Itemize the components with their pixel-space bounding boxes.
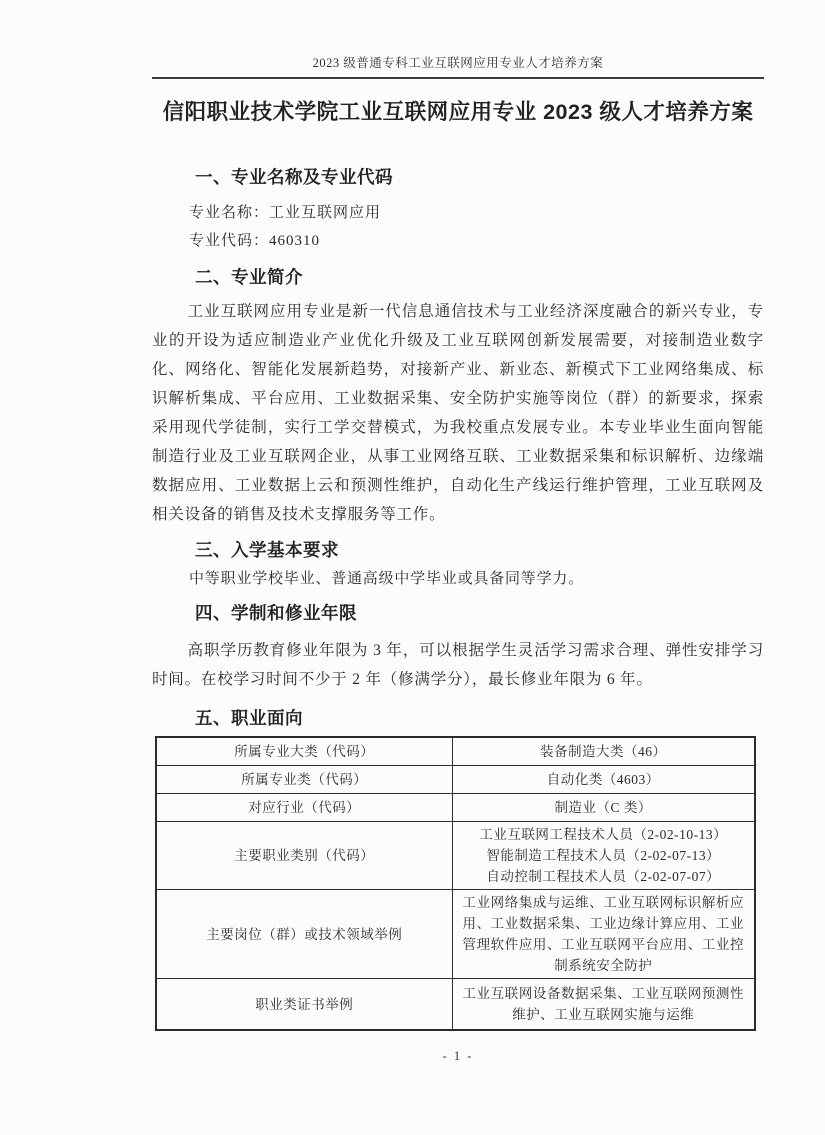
section-heading-career-orientation: 五、职业面向 [195,708,764,729]
table-row: 所属专业大类（代码） 装备制造大类（46） [156,737,755,766]
paragraph-study-duration: 高职学历教育修业年限为 3 年，可以根据学生灵活学习需求合理、弹性安排学习时间。… [152,636,764,694]
row-label-occupation-categories: 主要职业类别（代码） [156,822,452,890]
page-number: - 1 - [152,1049,764,1064]
row-label-certificates: 职业类证书举例 [156,979,452,1031]
row-value-certificates: 工业互联网设备数据采集、工业互联网预测性维护、工业互联网实施与运维 [452,979,755,1031]
row-label-industry: 对应行业（代码） [156,794,452,822]
row-value-major-category: 装备制造大类（46） [452,737,755,766]
table-row: 主要岗位（群）或技术领域举例 工业网络集成与运维、工业互联网标识解析应用、工业数… [156,890,755,979]
row-value-main-posts: 工业网络集成与运维、工业互联网标识解析应用、工业数据采集、工业边缘计算应用、工业… [452,890,755,979]
table-row: 所属专业类（代码） 自动化类（4603） [156,766,755,794]
running-header-text: 2023 级普通专科工业互联网应用专业人才培养方案 [152,56,764,71]
row-label-major-class: 所属专业类（代码） [156,766,452,794]
table-row: 主要职业类别（代码） 工业互联网工程技术人员（2-02-10-13） 智能制造工… [156,822,755,890]
row-value-industry: 制造业（C 类） [452,794,755,822]
table-row: 对应行业（代码） 制造业（C 类） [156,794,755,822]
section-heading-entry-requirements: 三、入学基本要求 [195,540,764,561]
field-major-name: 专业名称：工业互联网应用 [189,203,764,224]
section-heading-major-name-code: 一、专业名称及专业代码 [195,167,764,188]
paragraph-entry-requirements: 中等职业学校毕业、普通高级中学毕业或具备同等学力。 [189,569,764,590]
paragraph-major-intro: 工业互联网应用专业是新一代信息通信技术与工业经济深度融合的新兴专业，专业的开设为… [152,297,764,529]
row-value-major-class: 自动化类（4603） [452,766,755,794]
career-orientation-table: 所属专业大类（代码） 装备制造大类（46） 所属专业类（代码） 自动化类（460… [155,736,756,1031]
header-rule [152,77,764,79]
page-content: 2023 级普通专科工业互联网应用专业人才培养方案 信阳职业技术学院工业互联网应… [152,0,764,1031]
section-heading-study-duration: 四、学制和修业年限 [195,603,764,624]
document-page: 2023 级普通专科工业互联网应用专业人才培养方案 信阳职业技术学院工业互联网应… [0,0,825,1135]
row-label-major-category: 所属专业大类（代码） [156,737,452,766]
field-major-code: 专业代码：460310 [189,231,764,252]
section-heading-major-intro: 二、专业简介 [195,267,764,288]
table-row: 职业类证书举例 工业互联网设备数据采集、工业互联网预测性维护、工业互联网实施与运… [156,979,755,1031]
document-title: 信阳职业技术学院工业互联网应用专业 2023 级人才培养方案 [152,99,764,126]
row-value-occupation-categories: 工业互联网工程技术人员（2-02-10-13） 智能制造工程技术人员（2-02-… [452,822,755,890]
row-label-main-posts: 主要岗位（群）或技术领域举例 [156,890,452,979]
